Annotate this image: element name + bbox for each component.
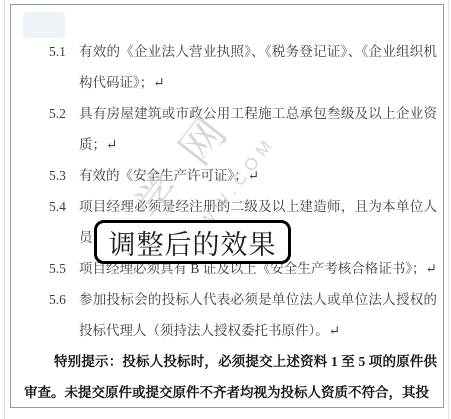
item-number: 5.4 bbox=[49, 191, 79, 253]
item-text: 有效的《安全生产许可证》；↵ bbox=[79, 160, 437, 191]
list-item-5-1: 5.1 有效的《企业法人营业执照》、《税务登记证》、《企业组织机构代码证》；↵ bbox=[49, 36, 437, 98]
item-number: 5.6 bbox=[49, 284, 79, 346]
document-page: 5.1 有效的《企业法人营业执照》、《税务登记证》、《企业组织机构代码证》；↵ … bbox=[0, 0, 451, 419]
special-note: 特别提示：投标人投标时，必须提交上述资料 1 至 5 项的原件供审查。未提交原件… bbox=[24, 346, 437, 408]
item-text: 具有房屋建筑或市政公用工程施工总承包叁级及以上企业资质；↵ bbox=[79, 98, 437, 160]
item-number: 5.1 bbox=[49, 36, 79, 98]
adjusted-effect-callout: 调整后的效果 bbox=[94, 220, 291, 264]
item-number: 5.3 bbox=[49, 160, 79, 191]
list-item-5-2: 5.2 具有房屋建筑或市政公用工程施工总承包叁级及以上企业资质；↵ bbox=[49, 98, 437, 160]
item-number: 5.2 bbox=[49, 98, 79, 160]
document-border-frame: 5.1 有效的《企业法人营业执照》、《税务登记证》、《企业组织机构代码证》；↵ … bbox=[10, 4, 444, 408]
list-item-5-3: 5.3 有效的《安全生产许可证》；↵ bbox=[49, 160, 437, 191]
item-number: 5.5 bbox=[49, 253, 79, 284]
page-edge-line-right bbox=[448, 0, 449, 419]
item-text: 有效的《企业法人营业执照》、《税务登记证》、《企业组织机构代码证》；↵ bbox=[79, 36, 437, 98]
list-item-5-6: 5.6 参加投标会的投标人代表必须是单位法人或单位法人授权的投标代理人（须持法人… bbox=[49, 284, 437, 346]
page-edge-line-left bbox=[4, 0, 5, 419]
smudge-artifact bbox=[23, 12, 65, 38]
item-text: 参加投标会的投标人代表必须是单位法人或单位法人授权的投标代理人（须持法人授权委托… bbox=[79, 284, 437, 346]
callout-label: 调整后的效果 bbox=[109, 223, 277, 262]
